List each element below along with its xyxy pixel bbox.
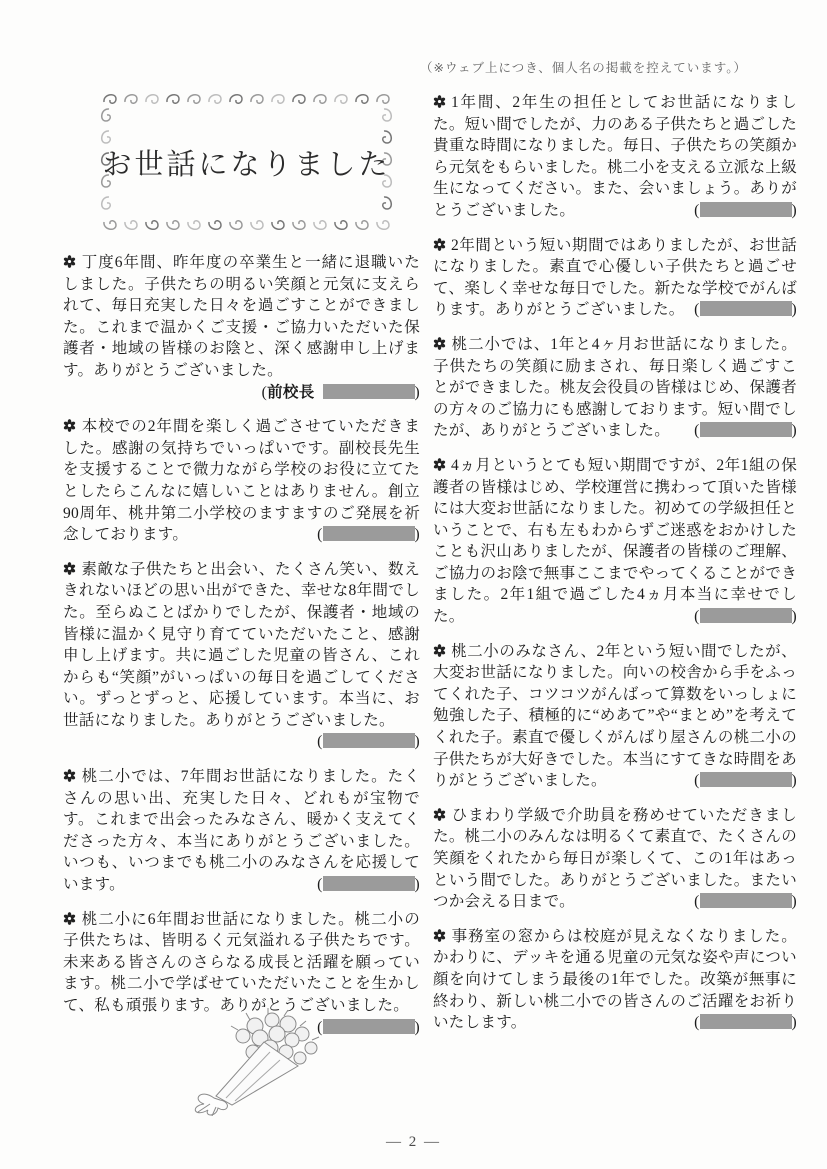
page-number: — 2 —: [0, 1134, 827, 1151]
redacted-name-box: [700, 772, 792, 787]
farewell-message: 素敵な子供たちと出会い、たくさん笑い、数えきれないほどの思い出ができた、幸せな8…: [63, 559, 420, 753]
farewell-message: 事務室の窓からは校庭が見えなくなりました。かわりに、デッキを通る児童の元気な姿や…: [433, 926, 797, 1034]
flower-bullet-icon: [433, 808, 446, 821]
redacted-name-box: [323, 876, 415, 891]
right-column: 1年間、2年生の担任としてお世話になりました。短い間でしたが、力のある子供たちと…: [433, 92, 797, 1047]
farewell-message: 桃二小では、1年と4ヶ月お世話になりました。子供たちの笑顔に励まされ、毎日楽しく…: [433, 334, 797, 442]
redacted-name-box: [700, 608, 792, 623]
privacy-note: （※ウェブ上につき、個人名の掲載を控えています。）: [420, 58, 747, 76]
flower-bullet-icon: [433, 644, 446, 657]
flower-bullet-icon: [433, 95, 446, 108]
farewell-message: 桃二小のみなさん、2年という短い間でしたが、大変お世話になりました。向いの校舎か…: [433, 641, 797, 792]
redacted-name-box: [323, 526, 415, 541]
farewell-message: ひまわり学級で介助員を務めせていただきました。桃二小のみんなは明るくて素直で、た…: [433, 805, 797, 913]
redacted-name-box: [700, 1014, 792, 1029]
redacted-name-box: [700, 422, 792, 437]
message-text: 素敵な子供たちと出会い、たくさん笑い、数えきれないほどの思い出ができた、幸せな8…: [63, 561, 420, 729]
flower-bullet-icon: [63, 769, 76, 782]
redacted-name-box: [323, 384, 415, 399]
signature: (): [694, 891, 797, 913]
flower-bullet-icon: [63, 255, 76, 268]
farewell-message: 本校での2年間を楽しく過ごさせていただきました。感謝の気持ちでいっぱいです。副校…: [63, 416, 420, 546]
farewell-message: 2年間という短い期間ではありましたが、お世話になりました。素直で心優しい子供たち…: [433, 235, 797, 321]
signature: (): [694, 606, 797, 628]
page-title: お世話になりました: [95, 88, 398, 236]
flower-bullet-icon: [433, 458, 446, 471]
flower-bullet-icon: [433, 238, 446, 251]
redacted-name-box: [323, 733, 415, 748]
farewell-message: 桃二小では、7年間お世話になりました。たくさんの思い出、充実した日々、どれもが宝…: [63, 766, 420, 896]
signature: (): [694, 299, 797, 321]
left-column: 丁度6年間、昨年度の卒業生と一緒に退職いたしました。子供たちの明るい笑顔と元気に…: [63, 252, 420, 1051]
bouquet-illustration: [180, 1008, 340, 1116]
farewell-message: 4ヵ月というとても短い期間ですが、2年1組の保護者の皆様はじめ、学校運営に携わっ…: [433, 455, 797, 628]
flower-bullet-icon: [63, 912, 76, 925]
signature: (): [694, 420, 797, 442]
flower-bullet-icon: [433, 929, 446, 942]
signature: (): [694, 1012, 797, 1034]
signature-role-label: 前校長: [267, 384, 314, 401]
message-text: 4ヵ月というとても短い期間ですが、2年1組の保護者の皆様はじめ、学校運営に携わっ…: [433, 457, 797, 625]
signature: (): [694, 200, 797, 222]
farewell-message: 丁度6年間、昨年度の卒業生と一緒に退職いたしました。子供たちの明るい笑顔と元気に…: [63, 252, 420, 403]
signature: (): [694, 770, 797, 792]
redacted-name-box: [700, 301, 792, 316]
flower-bullet-icon: [63, 419, 76, 432]
message-text: 桃二小のみなさん、2年という短い間でしたが、大変お世話になりました。向いの校舎か…: [433, 643, 797, 790]
flower-bullet-icon: [63, 562, 76, 575]
message-text: 桃二小に6年間お世話になりました。桃二小の子供たちは、皆明るく元気溢れる子供たち…: [63, 911, 420, 1014]
signature: (): [317, 874, 420, 896]
farewell-message: 1年間、2年生の担任としてお世話になりました。短い間でしたが、力のある子供たちと…: [433, 92, 797, 222]
signature: (前校長): [262, 382, 420, 404]
message-text: 丁度6年間、昨年度の卒業生と一緒に退職いたしました。子供たちの明るい笑顔と元気に…: [63, 254, 420, 379]
title-box: お世話になりました: [95, 88, 398, 236]
signature: (): [317, 524, 420, 546]
redacted-name-box: [700, 893, 792, 908]
redacted-name-box: [700, 202, 792, 217]
signature: (): [317, 731, 420, 753]
flower-bullet-icon: [433, 337, 446, 350]
